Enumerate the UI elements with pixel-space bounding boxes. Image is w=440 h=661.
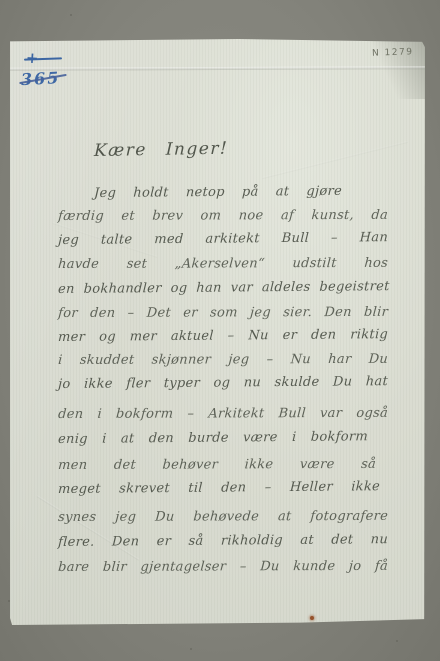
paper-wrinkle	[262, 141, 408, 179]
handwritten-line: færdig et brev om noe af kunst, da	[57, 208, 388, 227]
handwritten-line: en bokhandler og han var aldeles begeist…	[58, 279, 389, 300]
handwritten-line: jo ikke fler typer og nu skulde Du hat	[58, 374, 389, 395]
handwritten-line: meget skrevet til den – Heller ikke	[58, 479, 381, 500]
dust-speck	[190, 648, 192, 650]
paper-fold-crease	[10, 66, 425, 70]
handwritten-line: enig i at den burde være i bokform	[58, 429, 369, 450]
photograph-of-letter: + 365 N 1279 Kære Inger! Jeg holdt netop…	[0, 0, 440, 661]
handwritten-line: jeg talte med arkitekt Bull – Han	[58, 230, 389, 251]
handwritten-line: bare blir gjentagelser – Du kunde jo få	[57, 559, 388, 578]
archival-plus-mark: +	[24, 49, 64, 67]
crossed-out-inventory-number: 365	[20, 68, 65, 92]
letter-page: + 365 N 1279 Kære Inger! Jeg holdt netop…	[10, 39, 425, 625]
handwritten-line: havde set „Akerselven“ udstilt hos	[57, 256, 388, 275]
rust-stain	[310, 616, 314, 620]
handwritten-line: mer og mer aktuel – Nu er den riktig	[58, 327, 389, 348]
handwritten-line: Jeg holdt netop på at gjøre	[94, 184, 343, 204]
letter-salutation: Kære Inger!	[94, 138, 265, 161]
handwritten-line: flere. Den er så rikholdig at det nu	[58, 532, 389, 553]
strike-line	[24, 57, 62, 60]
handwritten-line: synes jeg Du behøvede at fotografere	[57, 509, 388, 528]
dust-speck	[8, 600, 10, 602]
dust-speck	[396, 640, 398, 642]
handwritten-line: men det behøver ikke være så	[57, 457, 376, 476]
handwritten-line: den i bokform – Arkitekt Bull var også	[57, 406, 388, 425]
dust-speck	[70, 14, 72, 16]
handwritten-line: i skuddet skjønner jeg – Nu har Du	[57, 352, 388, 371]
catalog-number-pencil: N 1279	[372, 47, 414, 58]
handwritten-line: for den – Det er som jeg sier. Den blir	[57, 305, 388, 324]
